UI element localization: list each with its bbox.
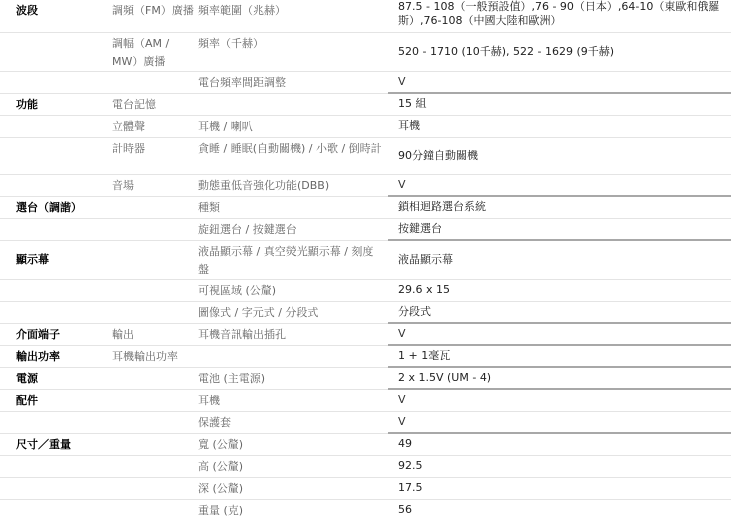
table-row: 計時器 貪睡 / 睡眠(自動關機) / 小歌 / 倒時計 90分鐘自動關機: [0, 137, 731, 174]
subcategory-cell: [98, 279, 198, 301]
item-cell: 圖像式 / 字元式 / 分段式: [198, 301, 388, 323]
category-cell: [0, 218, 98, 240]
category-cell: 配件: [0, 389, 98, 411]
subcategory-cell: [98, 477, 198, 499]
value-cell: 87.5 - 108（一般預設值）,76 - 90（日本）,64-10（東歐和俄…: [388, 0, 731, 32]
item-cell: [198, 345, 388, 367]
value-cell: 92.5: [388, 455, 731, 477]
category-cell: [0, 411, 98, 433]
item-cell: 電池 (主電源): [198, 367, 388, 389]
item-cell: 旋鈕選台 / 按鍵選台: [198, 218, 388, 240]
category-cell: [0, 499, 98, 518]
subcategory-cell: [98, 196, 198, 218]
subcategory-cell: [98, 367, 198, 389]
value-cell: V: [388, 174, 731, 196]
table-row: 電源 電池 (主電源) 2 x 1.5V (UM - 4): [0, 367, 731, 389]
table-row: 尺寸／重量 寬 (公釐) 49: [0, 433, 731, 455]
table-row: 旋鈕選台 / 按鍵選台 按鍵選台: [0, 218, 731, 240]
table-row: 電台頻率間距調整 V: [0, 71, 731, 93]
value-cell: V: [388, 411, 731, 433]
table-row: 調幅（AM / MW）廣播 頻率（千赫） 520 - 1710 (10千赫), …: [0, 32, 731, 71]
value-cell: 90分鐘自動關機: [388, 137, 731, 174]
item-cell: [198, 93, 388, 115]
category-cell: [0, 32, 98, 71]
value-cell: V: [388, 71, 731, 93]
value-cell: 分段式: [388, 301, 731, 323]
value-cell: 鎖相迴路選台系統: [388, 196, 731, 218]
category-cell: [0, 115, 98, 137]
table-row: 顯示幕 液晶顯示幕 / 真空熒光顯示幕 / 刻度盤 液晶顯示幕: [0, 240, 731, 279]
table-row: 功能 電台記憶 15 組: [0, 93, 731, 115]
item-cell: 耳機 / 喇叭: [198, 115, 388, 137]
table-row: 可視區域 (公釐) 29.6 x 15: [0, 279, 731, 301]
subcategory-cell: 電台記憶: [98, 93, 198, 115]
table-row: 高 (公釐) 92.5: [0, 455, 731, 477]
value-cell: 56: [388, 499, 731, 518]
subcategory-cell: 調頻（FM）廣播: [98, 0, 198, 32]
item-cell: 頻率（千赫）: [198, 32, 388, 71]
table-row: 音場 動態重低音強化功能(DBB) V: [0, 174, 731, 196]
subcategory-cell: 立體聲: [98, 115, 198, 137]
category-cell: [0, 174, 98, 196]
item-cell: 耳機音訊輸出插孔: [198, 323, 388, 345]
table-row: 重量 (克) 56: [0, 499, 731, 518]
table-row: 輸出功率 耳機輸出功率 1 + 1毫瓦: [0, 345, 731, 367]
table-row: 介面端子 輸出 耳機音訊輸出插孔 V: [0, 323, 731, 345]
category-cell: [0, 477, 98, 499]
item-cell: 液晶顯示幕 / 真空熒光顯示幕 / 刻度盤: [198, 240, 388, 279]
value-cell: 520 - 1710 (10千赫), 522 - 1629 (9千赫): [388, 32, 731, 71]
subcategory-cell: 耳機輸出功率: [98, 345, 198, 367]
value-cell: V: [388, 323, 731, 345]
category-cell: 介面端子: [0, 323, 98, 345]
item-cell: 電台頻率間距調整: [198, 71, 388, 93]
value-cell: 耳機: [388, 115, 731, 137]
value-cell: 2 x 1.5V (UM - 4): [388, 367, 731, 389]
category-cell: [0, 301, 98, 323]
item-cell: 深 (公釐): [198, 477, 388, 499]
table-row: 配件 耳機 V: [0, 389, 731, 411]
subcategory-cell: 輸出: [98, 323, 198, 345]
table-row: 選台（調諧） 種類 鎖相迴路選台系統: [0, 196, 731, 218]
category-cell: [0, 279, 98, 301]
item-cell: 重量 (克): [198, 499, 388, 518]
subcategory-cell: [98, 218, 198, 240]
subcategory-cell: [98, 389, 198, 411]
value-cell: V: [388, 389, 731, 411]
table-row: 立體聲 耳機 / 喇叭 耳機: [0, 115, 731, 137]
value-cell: 29.6 x 15: [388, 279, 731, 301]
item-cell: 寬 (公釐): [198, 433, 388, 455]
category-cell: [0, 137, 98, 174]
item-cell: 頻率範圍（兆赫）: [198, 0, 388, 32]
category-cell: [0, 455, 98, 477]
subcategory-cell: [98, 240, 198, 279]
category-cell: 輸出功率: [0, 345, 98, 367]
item-cell: 動態重低音強化功能(DBB): [198, 174, 388, 196]
item-cell: 高 (公釐): [198, 455, 388, 477]
item-cell: 保護套: [198, 411, 388, 433]
subcategory-cell: 調幅（AM / MW）廣播: [98, 32, 198, 71]
value-cell: 液晶顯示幕: [388, 240, 731, 279]
subcategory-cell: [98, 71, 198, 93]
category-cell: 功能: [0, 93, 98, 115]
value-cell: 1 + 1毫瓦: [388, 345, 731, 367]
category-cell: 尺寸／重量: [0, 433, 98, 455]
category-cell: 選台（調諧）: [0, 196, 98, 218]
item-cell: 貪睡 / 睡眠(自動關機) / 小歌 / 倒時計: [198, 137, 388, 174]
table-row: 保護套 V: [0, 411, 731, 433]
category-cell: 顯示幕: [0, 240, 98, 279]
subcategory-cell: [98, 301, 198, 323]
category-cell: 波段: [0, 0, 98, 32]
table-row: 深 (公釐) 17.5: [0, 477, 731, 499]
table-row: 波段 調頻（FM）廣播 頻率範圍（兆赫） 87.5 - 108（一般預設值）,7…: [0, 0, 731, 32]
value-cell: 15 組: [388, 93, 731, 115]
value-cell: 按鍵選台: [388, 218, 731, 240]
subcategory-cell: [98, 499, 198, 518]
spec-table: 波段 調頻（FM）廣播 頻率範圍（兆赫） 87.5 - 108（一般預設值）,7…: [0, 0, 731, 518]
subcategory-cell: [98, 455, 198, 477]
subcategory-cell: 計時器: [98, 137, 198, 174]
item-cell: 可視區域 (公釐): [198, 279, 388, 301]
value-cell: 49: [388, 433, 731, 455]
category-cell: 電源: [0, 367, 98, 389]
subcategory-cell: [98, 411, 198, 433]
category-cell: [0, 71, 98, 93]
table-row: 圖像式 / 字元式 / 分段式 分段式: [0, 301, 731, 323]
item-cell: 耳機: [198, 389, 388, 411]
subcategory-cell: [98, 433, 198, 455]
value-cell: 17.5: [388, 477, 731, 499]
subcategory-cell: 音場: [98, 174, 198, 196]
item-cell: 種類: [198, 196, 388, 218]
